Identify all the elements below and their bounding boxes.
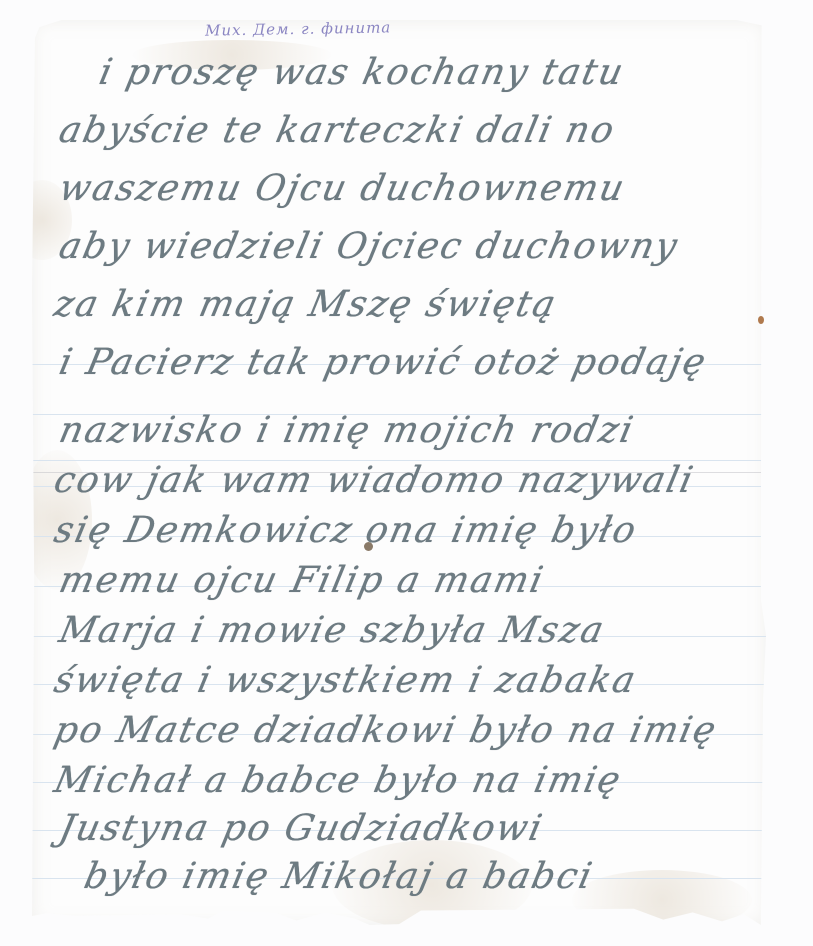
letter-line: było imię Mikołaj a babci [81,856,598,897]
scanned-letter: Мих. Дем. г. финита i proszę was kochany… [0,0,813,946]
letter-line: Michał a babce było na imię [51,760,626,801]
letter-line: i proszę was kochany tatu [96,52,629,93]
rust-spot [758,316,764,324]
letter-line: za kim mają Mszę świętą [51,284,561,325]
letter-line: memu ojcu Filip a mami [56,560,549,601]
letter-line: waszemu Ojcu duchownemu [56,168,630,209]
letter-line: aby wiedzieli Ojciec duchowny [56,226,683,267]
letter-line: Marja i mowie szbyła Msza [56,610,609,651]
letter-line: nazwisko i imię mojich rodzi [56,410,639,451]
letter-line: cow jak wam wiadomo nazywali [51,460,699,501]
letter-line: święta i wszystkiem i zabaka [51,660,641,701]
letter-line: i Pacierz tak prowić otoż podaję [56,342,711,383]
letter-line: abyście te karteczki dali no [56,110,620,151]
letter-body: i proszę was kochany tatu abyście te kar… [0,0,813,946]
letter-line: się Demkowicz ona imię było [51,510,642,551]
letter-line: Justyna po Gudziadkowi [56,808,548,849]
ink-blot [364,542,373,551]
letter-line: po Matce dziadkowi było na imię [51,710,722,751]
